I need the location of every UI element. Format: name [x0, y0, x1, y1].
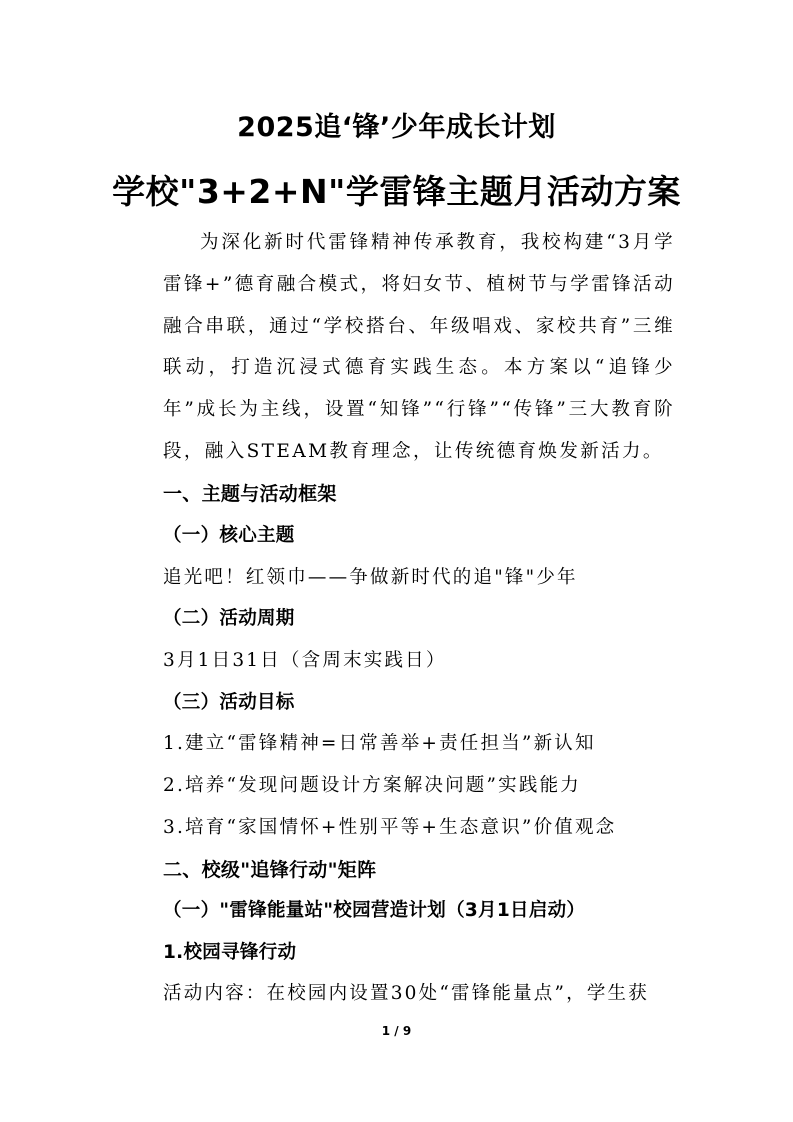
subsection-period-heading: （二）活动周期 [163, 604, 295, 634]
goal-item-3: 3.培育“家国情怀+性别平等+生态意识”价值观念 [163, 813, 616, 843]
subsection-goals-heading: （三）活动目标 [163, 688, 295, 718]
core-theme-text: 追光吧！红领巾——争做新时代的追"锋"少年 [163, 563, 578, 593]
subsection-energy-station-heading: （一）"雷锋能量站"校园营造计划（3月1日启动） [163, 896, 585, 926]
document-subtitle: 学校"3+2+N"学雷锋主题月活动方案 [0, 168, 793, 216]
goal-item-2: 2.培养“发现问题设计方案解决问题”实践能力 [163, 771, 581, 801]
document-title: 2025追‘锋’少年成长计划 [0, 108, 793, 148]
page-indicator: 1 / 9 [0, 1023, 793, 1039]
section-2-heading: 二、校级"追锋行动"矩阵 [163, 855, 376, 885]
goal-item-1: 1.建立“雷锋精神=日常善举+责任担当”新认知 [163, 729, 596, 759]
item-campus-search-heading: 1.校园寻锋行动 [163, 938, 296, 968]
intro-paragraph: 为深化新时代雷锋精神传承教育，我校构建“3月学雷锋+”德育融合模式，将妇女节、植… [163, 222, 675, 473]
period-text: 3月1日31日（含周末实践日） [163, 646, 447, 676]
item-campus-search-text: 活动内容：在校园内设置30处“雷锋能量点”，学生获 [163, 979, 649, 1009]
subsection-core-theme-heading: （一）核心主题 [163, 521, 295, 551]
section-1-heading: 一、主题与活动框架 [163, 479, 337, 509]
document-page: 2025追‘锋’少年成长计划 学校"3+2+N"学雷锋主题月活动方案 为深化新时… [0, 0, 793, 1122]
